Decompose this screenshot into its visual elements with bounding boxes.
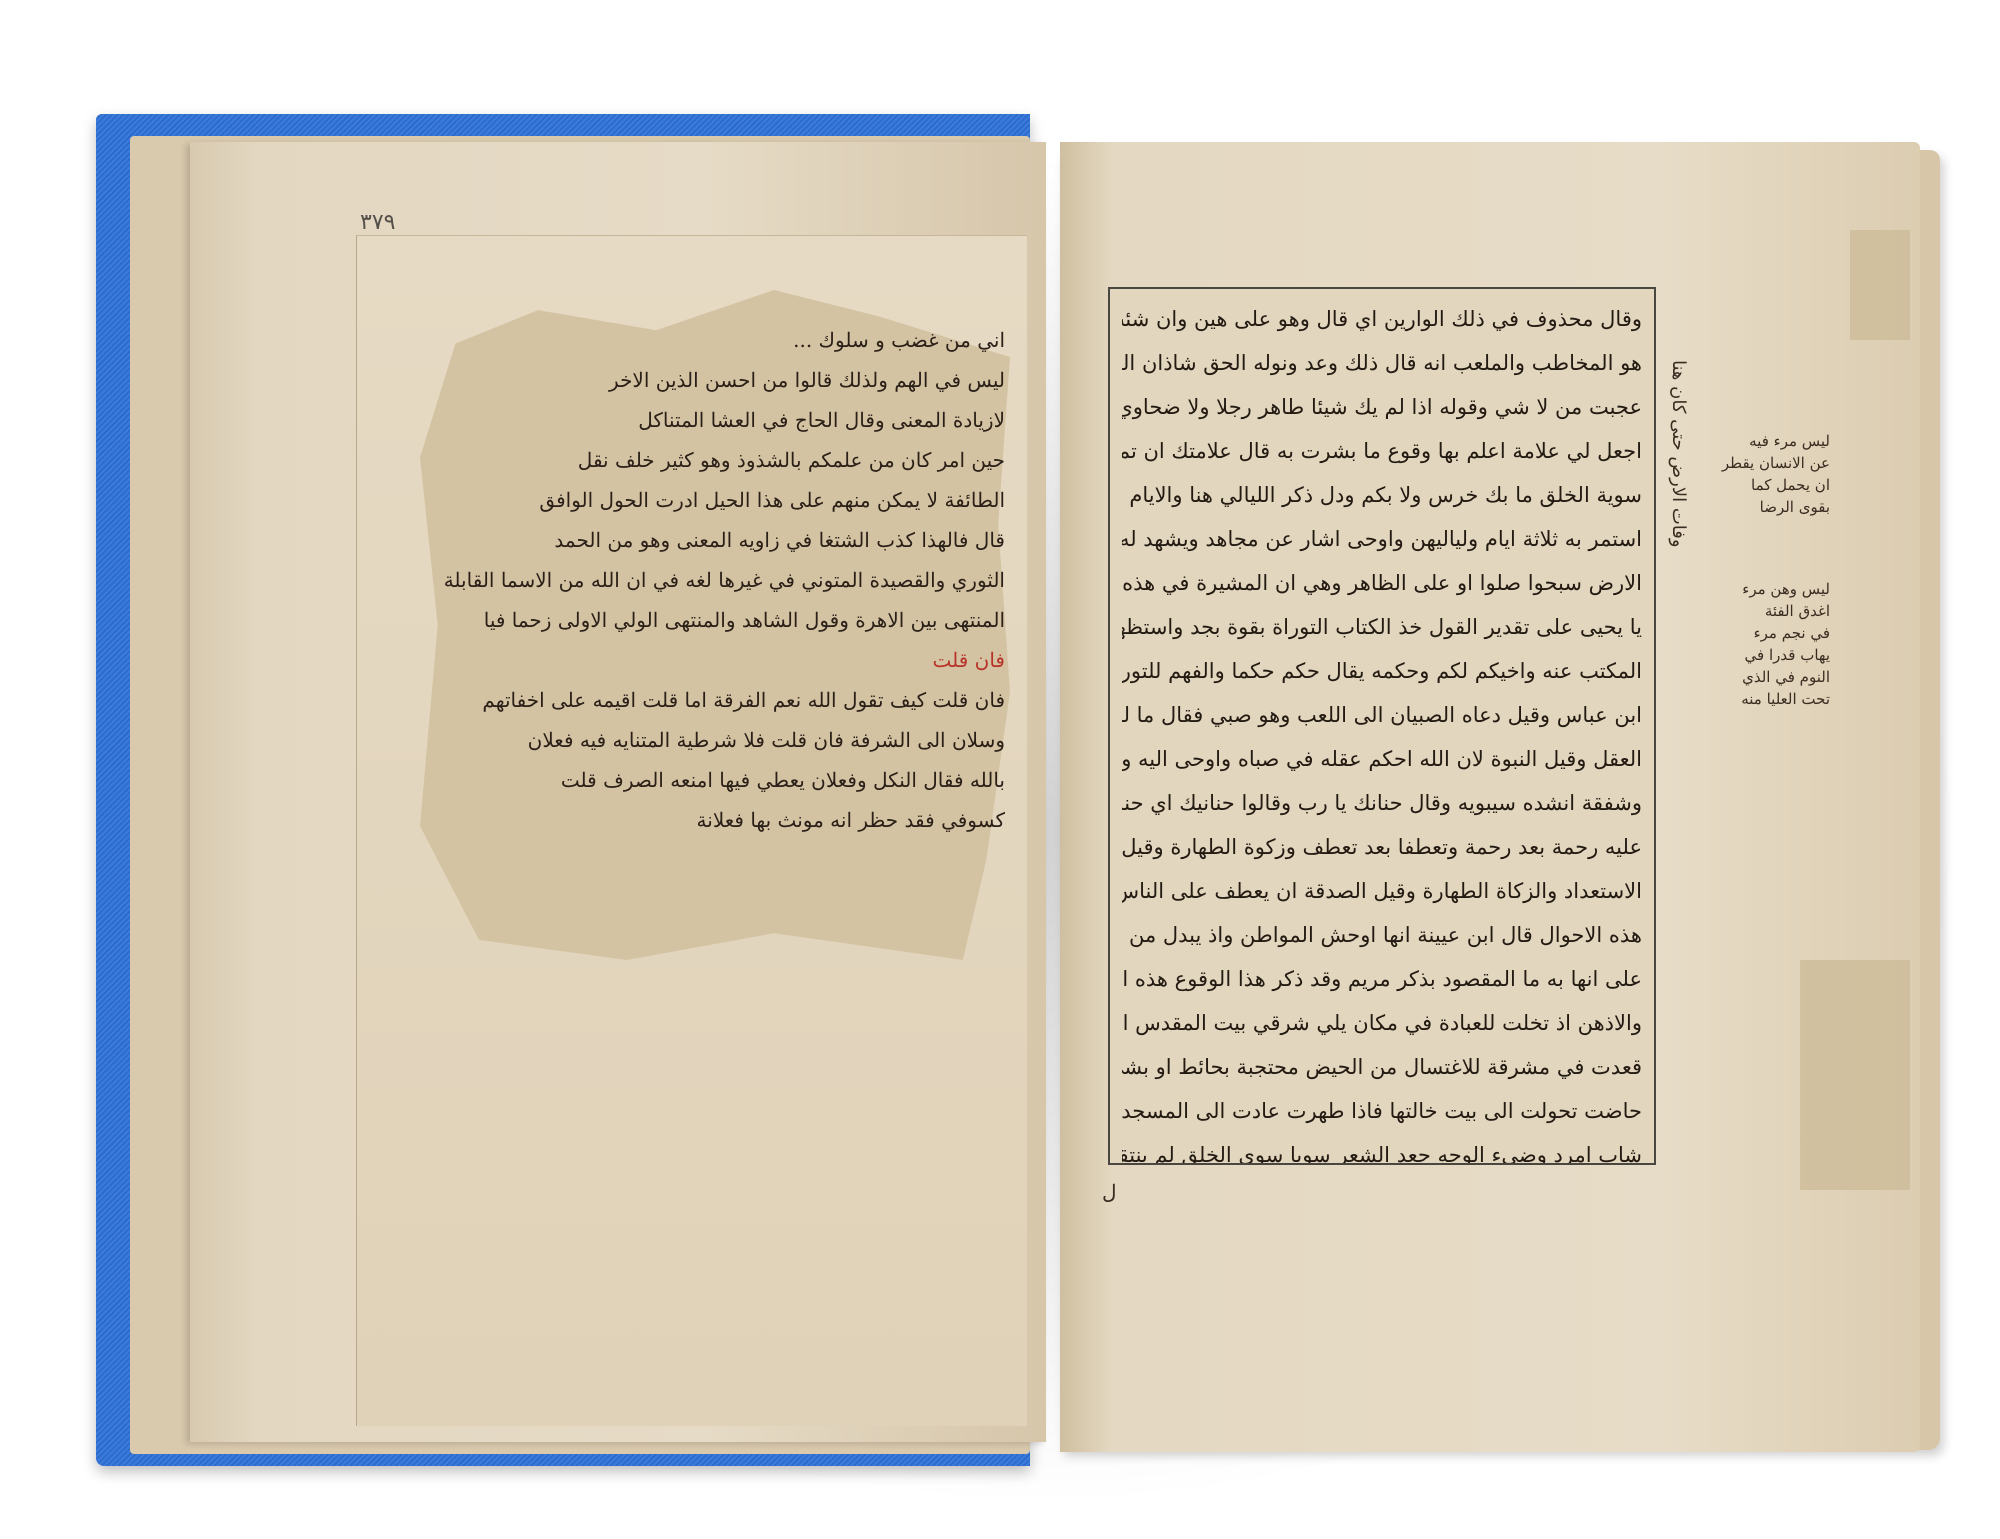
text-line: العقل وقيل النبوة لان الله احكم عقله في … <box>1122 737 1642 781</box>
margin-note: تحت العليا منه <box>1690 688 1830 710</box>
fragment-line: المنتهى بين الاهرة وقول الشاهد والمنتهى … <box>445 600 1005 640</box>
margin-note: اغدق الفئة <box>1690 600 1830 622</box>
fragment-line: الثوري والقصيدة المتوني في غيرها لغه في … <box>445 560 1005 600</box>
text-line: عجبت من لا شي وقوله اذا لم يك شيئا طاهر … <box>1122 385 1642 429</box>
text-line: وقال محذوف في ذلك الوارين اي قال وهو على… <box>1122 297 1642 341</box>
fragment-line: بالله فقال النكل وفعلان يعطي فيها امنعه … <box>445 760 1005 800</box>
catchword: ل <box>1102 1180 1117 1204</box>
rubric: فان قلت <box>932 648 1005 672</box>
text-line: اجعل لي علامة اعلم بها وقوع ما بشرت به ق… <box>1122 429 1642 473</box>
text-line: يا يحيى على تقدير القول خذ الكتاب التورا… <box>1122 605 1642 649</box>
margin-note: ليس وهن مرء <box>1690 578 1830 600</box>
fragment-line: حين امر كان من علمكم بالشذوذ وهو كثير خل… <box>445 440 1005 480</box>
margin-note: عن الانسان يقطر <box>1690 452 1830 474</box>
fragment-line: وسلان الى الشرفة فان قلت فلا شرطية المتن… <box>445 720 1005 760</box>
text-line: ابن عباس وقيل دعاه الصبيان الى اللعب وهو… <box>1122 693 1642 737</box>
fragment-text: اني من غضب و سلوك ... ليس في الهم ولذلك … <box>445 320 1005 840</box>
fragment-line: الطائفة لا يمكن منهم على هذا الحيل ادرت … <box>445 480 1005 520</box>
text-line: هو المخاطب والملعب انه قال ذلك وعد ونوله… <box>1122 341 1642 385</box>
text-line: قعدت في مشرقة للاغتسال من الحيض محتجبة ب… <box>1122 1045 1642 1089</box>
text-line: هذه الاحوال قال ابن عيينة انها اوحش المو… <box>1122 913 1642 957</box>
text-line: وشفقة انشده سيبويه وقال حنانك يا رب وقال… <box>1122 781 1642 825</box>
text-line: الارض سبحوا صلوا او على الظاهر وهي ان ال… <box>1122 561 1642 605</box>
text-line: حاضت تحولت الى بيت خالتها فاذا طهرت عادت… <box>1122 1089 1642 1133</box>
fragment-line: لازيادة المعنى وقال الحاج في العشا المتن… <box>445 400 1005 440</box>
text-line: استمر به ثلاثة ايام ولياليهن واوحى اشار … <box>1122 517 1642 561</box>
text-line: على انها به ما المقصود بذكر مريم وقد ذكر… <box>1122 957 1642 1001</box>
margin-note: يهاب قدرا في <box>1690 644 1830 666</box>
margin-note: بقوى الرضا <box>1690 496 1830 518</box>
margin-vertical-note: وفات الارض حتى كان هنا <box>1668 360 1689 548</box>
fragment-line: فان قلت كيف تقول الله نعم الفرقة اما قلت… <box>445 680 1005 720</box>
text-line: الاستعداد والزكاة الطهارة وقيل الصدقة ان… <box>1122 869 1642 913</box>
margin-note: في نجم مرء <box>1690 622 1830 644</box>
folio-number: ٣٧٩ <box>360 210 395 235</box>
fragment-line: اني من غضب و سلوك ... <box>445 320 1005 360</box>
text-line: شاب امرد وضيء الوجه جعد الشعر سويا سوي ا… <box>1122 1133 1642 1165</box>
fragment-line-rubric: فان قلت <box>445 640 1005 680</box>
text-line: سوية الخلق ما بك خرس ولا بكم ودل ذكر الل… <box>1122 473 1642 517</box>
margin-note: ليس مرء فيه <box>1690 430 1830 452</box>
fragment-line: ليس في الهم ولذلك قالوا من احسن الذين ال… <box>445 360 1005 400</box>
margin-note: ان يحمل كما <box>1690 474 1830 496</box>
text-line: عليه رحمة بعد رحمة وتعطفا بعد تعطف وزكوة… <box>1122 825 1642 869</box>
text-line: المكتب عنه واخيكم لكم وحكمه يقال حكم حكم… <box>1122 649 1642 693</box>
margin-notes: ليس مرء فيه عن الانسان يقطر ان يحمل كما … <box>1690 430 1830 710</box>
margin-note: النوم في الذي <box>1690 666 1830 688</box>
paper-repair-patch <box>1850 230 1910 340</box>
fragment-line: قال فالهذا كذب الشتغا في زاويه المعنى وه… <box>445 520 1005 560</box>
main-text-block: وقال محذوف في ذلك الوارين اي قال وهو على… <box>1108 287 1656 1165</box>
paper-repair-patch <box>1800 960 1910 1190</box>
text-line: والاذهن اذ تخلت للعبادة في مكان يلي شرقي… <box>1122 1001 1642 1045</box>
fragment-line: كسوفي فقد حظر انه مونث بها فعلانة <box>445 800 1005 840</box>
